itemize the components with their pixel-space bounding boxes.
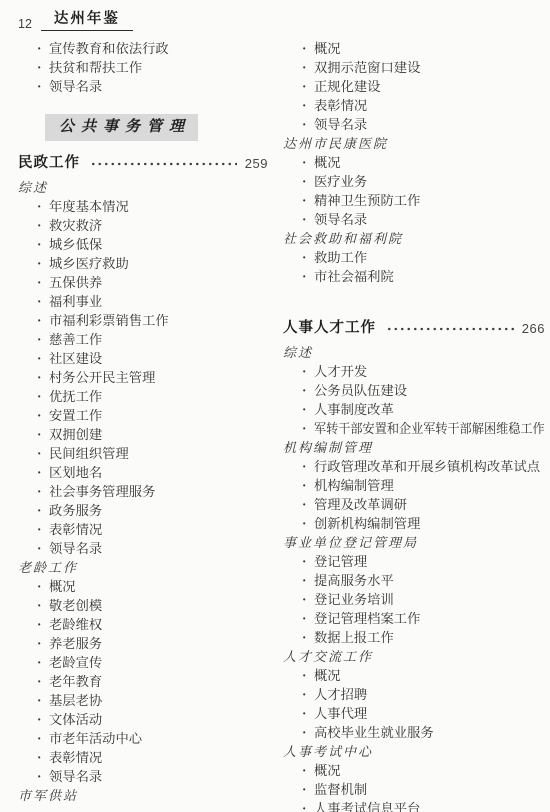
- bullet-dot-icon: ·: [37, 520, 49, 539]
- toc-item-label: 城乡医疗救助: [49, 254, 129, 273]
- toc-entry-title: 人事人才工作: [283, 318, 376, 339]
- bullet-dot-icon: ·: [302, 704, 314, 723]
- bullet-dot-icon: ·: [37, 615, 49, 634]
- toc-item: ·数据上报工作: [283, 628, 545, 647]
- bullet-dot-icon: ·: [37, 292, 49, 311]
- toc-item-label: 医疗业务: [314, 172, 367, 191]
- toc-item: ·基层老协: [18, 691, 268, 710]
- toc-item: ·监督机制: [283, 780, 545, 799]
- bullet-dot-icon: ·: [302, 39, 314, 58]
- toc-item-label: 领导名录: [314, 115, 367, 134]
- toc-entry-title: 民政工作: [18, 153, 80, 174]
- bullet-dot-icon: ·: [37, 349, 49, 368]
- toc-group-header: 综述: [18, 178, 268, 197]
- bullet-dot-icon: ·: [37, 596, 49, 615]
- toc-item-label: 概况: [314, 39, 341, 58]
- toc-group-header: 社会救助和福利院: [283, 229, 545, 248]
- toc-item: ·登记管理档案工作: [283, 609, 545, 628]
- toc-item-label: 提高服务水平: [314, 571, 394, 590]
- bullet-dot-icon: ·: [37, 672, 49, 691]
- toc-group-header: 人才交流工作: [283, 647, 545, 666]
- bullet-dot-icon: ·: [302, 571, 314, 590]
- column-spacer: [283, 286, 545, 306]
- bullet-dot-icon: ·: [302, 628, 314, 647]
- toc-item-label: 文体活动: [49, 710, 102, 729]
- toc-item-label: 城乡低保: [49, 235, 102, 254]
- toc-item: ·慈善工作: [18, 330, 268, 349]
- yearbook-toc-page: 12 达州年鉴 ·宣传教育和依法行政·扶贫和帮扶工作·领导名录公共事务管理民政工…: [0, 0, 550, 812]
- toc-item-label: 双拥创建: [49, 425, 102, 444]
- toc-item-label: 概况: [314, 761, 341, 780]
- toc-entry: 民政工作259: [18, 153, 268, 174]
- toc-item: ·登记业务培训: [283, 590, 545, 609]
- bullet-dot-icon: ·: [37, 311, 49, 330]
- toc-item: ·管理及改革调研: [283, 495, 545, 514]
- bullet-dot-icon: ·: [37, 39, 49, 58]
- toc-item-label: 人才招聘: [314, 685, 367, 704]
- toc-item: ·人才开发: [283, 362, 545, 381]
- toc-item-label: 人才开发: [314, 362, 367, 381]
- toc-item: ·概况: [283, 153, 545, 172]
- bullet-dot-icon: ·: [37, 482, 49, 501]
- bullet-dot-icon: ·: [302, 267, 314, 286]
- bullet-dot-icon: ·: [37, 425, 49, 444]
- toc-item-label: 双拥示范窗口建设: [314, 58, 420, 77]
- toc-item: ·双拥创建: [18, 425, 268, 444]
- toc-item-label: 概况: [314, 153, 341, 172]
- toc-item: ·提高服务水平: [283, 571, 545, 590]
- bullet-dot-icon: ·: [302, 400, 314, 419]
- toc-item-label: 敬老创模: [49, 596, 102, 615]
- toc-item-label: 五保供养: [49, 273, 102, 292]
- bullet-dot-icon: ·: [37, 748, 49, 767]
- toc-item-label: 登记业务培训: [314, 590, 394, 609]
- toc-item: ·城乡医疗救助: [18, 254, 268, 273]
- toc-item: ·概况: [18, 577, 268, 596]
- toc-item: ·安置工作: [18, 406, 268, 425]
- toc-item-label: 安置工作: [49, 406, 102, 425]
- toc-item-label: 表彰情况: [49, 748, 102, 767]
- bullet-dot-icon: ·: [37, 368, 49, 387]
- toc-item-label: 政务服务: [49, 501, 102, 520]
- toc-columns: ·宣传教育和依法行政·扶贫和帮扶工作·领导名录公共事务管理民政工作259综述·年…: [0, 31, 550, 812]
- toc-item-label: 慈善工作: [49, 330, 102, 349]
- toc-item-label: 领导名录: [314, 210, 367, 229]
- toc-item: ·市社会福利院: [283, 267, 545, 286]
- toc-item-label: 领导名录: [49, 539, 102, 558]
- bullet-dot-icon: ·: [302, 552, 314, 571]
- toc-item-label: 人事代理: [314, 704, 367, 723]
- toc-group-header: 综述: [283, 343, 545, 362]
- toc-item: ·政务服务: [18, 501, 268, 520]
- bullet-dot-icon: ·: [37, 463, 49, 482]
- toc-item-label: 表彰情况: [314, 96, 367, 115]
- toc-item: ·敬老创模: [18, 596, 268, 615]
- bullet-dot-icon: ·: [37, 444, 49, 463]
- toc-entry-page: 266: [522, 318, 545, 339]
- toc-item-label: 年度基本情况: [49, 197, 129, 216]
- bullet-dot-icon: ·: [302, 115, 314, 134]
- toc-item-label: 概况: [49, 577, 76, 596]
- toc-item-label: 市福利彩票销售工作: [49, 311, 169, 330]
- toc-item-label: 行政管理改革和开展乡镇机构改革试点: [314, 457, 540, 476]
- toc-item-label: 数据上报工作: [314, 628, 394, 647]
- toc-item-label: 老年教育: [49, 672, 102, 691]
- toc-item-label: 区划地名: [49, 463, 102, 482]
- bullet-dot-icon: ·: [302, 96, 314, 115]
- toc-item: ·区划地名: [18, 463, 268, 482]
- toc-item: ·领导名录: [18, 77, 268, 96]
- toc-item-label: 创新机构编制管理: [314, 514, 420, 533]
- toc-item: ·创新机构编制管理: [283, 514, 545, 533]
- toc-item: ·公务员队伍建设: [283, 381, 545, 400]
- bullet-dot-icon: ·: [37, 729, 49, 748]
- toc-item: ·养老服务: [18, 634, 268, 653]
- toc-item: ·机构编制管理: [283, 476, 545, 495]
- toc-item-label: 救灾救济: [49, 216, 102, 235]
- toc-item-label: 宣传教育和依法行政: [49, 39, 169, 58]
- toc-item-label: 优抚工作: [49, 387, 102, 406]
- bullet-dot-icon: ·: [302, 210, 314, 229]
- toc-item-label: 人事考试信息平台: [314, 799, 420, 812]
- toc-item: ·登记管理: [283, 552, 545, 571]
- toc-column-right: ·概况·双拥示范窗口建设·正规化建设·表彰情况·领导名录达州市民康医院·概况·医…: [283, 39, 545, 812]
- bullet-dot-icon: ·: [302, 780, 314, 799]
- toc-item-label: 高校毕业生就业服务: [314, 723, 434, 742]
- toc-item-label: 公务员队伍建设: [314, 381, 407, 400]
- bullet-dot-icon: ·: [37, 77, 49, 96]
- toc-item: ·救灾救济: [18, 216, 268, 235]
- toc-item: ·福利事业: [18, 292, 268, 311]
- toc-item: ·领导名录: [18, 767, 268, 786]
- toc-entry-page: 259: [245, 153, 268, 174]
- dot-leader-icon: [90, 156, 237, 172]
- bullet-dot-icon: ·: [37, 767, 49, 786]
- bullet-dot-icon: ·: [37, 273, 49, 292]
- bullet-dot-icon: ·: [37, 710, 49, 729]
- toc-item: ·民间组织管理: [18, 444, 268, 463]
- toc-item: ·概况: [283, 666, 545, 685]
- toc-item: ·高校毕业生就业服务: [283, 723, 545, 742]
- toc-item: ·表彰情况: [18, 520, 268, 539]
- toc-item: ·军转干部安置和企业军转干部解困维稳工作: [283, 419, 545, 438]
- toc-item: ·老龄宣传: [18, 653, 268, 672]
- toc-item-label: 基层老协: [49, 691, 102, 710]
- bullet-dot-icon: ·: [302, 761, 314, 780]
- toc-item-label: 村务公开民主管理: [49, 368, 155, 387]
- section-banner-wrap: 公共事务管理: [18, 114, 268, 141]
- bullet-dot-icon: ·: [302, 457, 314, 476]
- bullet-dot-icon: ·: [37, 330, 49, 349]
- bullet-dot-icon: ·: [37, 216, 49, 235]
- toc-item: ·领导名录: [18, 539, 268, 558]
- bullet-dot-icon: ·: [302, 248, 314, 267]
- bullet-dot-icon: ·: [302, 590, 314, 609]
- toc-item: ·老龄维权: [18, 615, 268, 634]
- toc-item-label: 监督机制: [314, 780, 367, 799]
- page-number: 12: [18, 17, 32, 31]
- bullet-dot-icon: ·: [302, 723, 314, 742]
- toc-item-label: 民间组织管理: [49, 444, 129, 463]
- toc-item: ·市福利彩票销售工作: [18, 311, 268, 330]
- bullet-dot-icon: ·: [37, 501, 49, 520]
- running-header: 12 达州年鉴: [0, 0, 550, 31]
- bullet-dot-icon: ·: [37, 634, 49, 653]
- toc-item: ·社区建设: [18, 349, 268, 368]
- bullet-dot-icon: ·: [37, 235, 49, 254]
- toc-item: ·文体活动: [18, 710, 268, 729]
- toc-column-left: ·宣传教育和依法行政·扶贫和帮扶工作·领导名录公共事务管理民政工作259综述·年…: [18, 39, 268, 812]
- toc-item: ·概况: [283, 761, 545, 780]
- toc-item-label: 机构编制管理: [314, 476, 394, 495]
- toc-item: ·表彰情况: [18, 748, 268, 767]
- toc-item: ·市老年活动中心: [18, 729, 268, 748]
- bullet-dot-icon: ·: [302, 799, 314, 812]
- toc-item-label: 精神卫生预防工作: [314, 191, 420, 210]
- toc-item: ·人事制度改革: [283, 400, 545, 419]
- bullet-dot-icon: ·: [37, 539, 49, 558]
- toc-item: ·精神卫生预防工作: [283, 191, 545, 210]
- bullet-dot-icon: ·: [302, 495, 314, 514]
- bullet-dot-icon: ·: [37, 58, 49, 77]
- toc-item-label: 登记管理档案工作: [314, 609, 420, 628]
- toc-group-header: 人事考试中心: [283, 742, 545, 761]
- toc-item-label: 军转干部安置和企业军转干部解困维稳工作: [314, 419, 545, 438]
- bullet-dot-icon: ·: [302, 419, 314, 438]
- bullet-dot-icon: ·: [302, 362, 314, 381]
- bullet-dot-icon: ·: [302, 514, 314, 533]
- toc-item-label: 养老服务: [49, 634, 102, 653]
- toc-item-label: 救助工作: [314, 248, 367, 267]
- toc-item-label: 正规化建设: [314, 77, 380, 96]
- running-title: 达州年鉴: [41, 12, 133, 31]
- bullet-dot-icon: ·: [37, 254, 49, 273]
- toc-item: ·领导名录: [283, 115, 545, 134]
- toc-item-label: 老龄维权: [49, 615, 102, 634]
- toc-item: ·人才招聘: [283, 685, 545, 704]
- bullet-dot-icon: ·: [37, 197, 49, 216]
- toc-item-label: 领导名录: [49, 767, 102, 786]
- toc-item: ·年度基本情况: [18, 197, 268, 216]
- bullet-dot-icon: ·: [302, 58, 314, 77]
- bullet-dot-icon: ·: [37, 387, 49, 406]
- toc-item-label: 市社会福利院: [314, 267, 394, 286]
- toc-item-label: 社会事务管理服务: [49, 482, 155, 501]
- toc-group-header: 达州市民康医院: [283, 134, 545, 153]
- dot-leader-icon: [386, 321, 514, 337]
- toc-item-label: 登记管理: [314, 552, 367, 571]
- toc-item: ·概况: [283, 39, 545, 58]
- toc-entry: 人事人才工作266: [283, 318, 545, 339]
- toc-item: ·五保供养: [18, 273, 268, 292]
- bullet-dot-icon: ·: [37, 406, 49, 425]
- bullet-dot-icon: ·: [302, 476, 314, 495]
- toc-item: ·医疗业务: [283, 172, 545, 191]
- toc-item: ·行政管理改革和开展乡镇机构改革试点: [283, 457, 545, 476]
- toc-item-label: 扶贫和帮扶工作: [49, 58, 142, 77]
- section-banner: 公共事务管理: [45, 114, 198, 141]
- bullet-dot-icon: ·: [37, 691, 49, 710]
- toc-item: ·村务公开民主管理: [18, 368, 268, 387]
- bullet-dot-icon: ·: [302, 172, 314, 191]
- bullet-dot-icon: ·: [302, 685, 314, 704]
- toc-item-label: 管理及改革调研: [314, 495, 407, 514]
- toc-item-label: 表彰情况: [49, 520, 102, 539]
- toc-item: ·社会事务管理服务: [18, 482, 268, 501]
- toc-item-label: 领导名录: [49, 77, 102, 96]
- bullet-dot-icon: ·: [302, 191, 314, 210]
- bullet-dot-icon: ·: [302, 77, 314, 96]
- toc-item: ·人事考试信息平台: [283, 799, 545, 812]
- toc-item: ·正规化建设: [283, 77, 545, 96]
- toc-item-label: 福利事业: [49, 292, 102, 311]
- bullet-dot-icon: ·: [302, 153, 314, 172]
- bullet-dot-icon: ·: [302, 381, 314, 400]
- toc-item-label: 老龄宣传: [49, 653, 102, 672]
- toc-group-header: 市军供站: [18, 786, 268, 805]
- toc-group-header: 事业单位登记管理局: [283, 533, 545, 552]
- bullet-dot-icon: ·: [302, 666, 314, 685]
- toc-item-label: 概况: [314, 666, 341, 685]
- toc-item: ·老年教育: [18, 672, 268, 691]
- toc-item-label: 市老年活动中心: [49, 729, 142, 748]
- toc-item: ·城乡低保: [18, 235, 268, 254]
- toc-item: ·优抚工作: [18, 387, 268, 406]
- toc-item: ·领导名录: [283, 210, 545, 229]
- toc-item: ·救助工作: [283, 248, 545, 267]
- toc-item-label: 社区建设: [49, 349, 102, 368]
- toc-group-header: 机构编制管理: [283, 438, 545, 457]
- toc-item: ·双拥示范窗口建设: [283, 58, 545, 77]
- toc-item: ·宣传教育和依法行政: [18, 39, 268, 58]
- toc-item: ·扶贫和帮扶工作: [18, 58, 268, 77]
- toc-group-header: 老龄工作: [18, 558, 268, 577]
- toc-item-label: 人事制度改革: [314, 400, 394, 419]
- toc-item: ·表彰情况: [283, 96, 545, 115]
- bullet-dot-icon: ·: [37, 577, 49, 596]
- bullet-dot-icon: ·: [302, 609, 314, 628]
- bullet-dot-icon: ·: [37, 653, 49, 672]
- toc-item: ·人事代理: [283, 704, 545, 723]
